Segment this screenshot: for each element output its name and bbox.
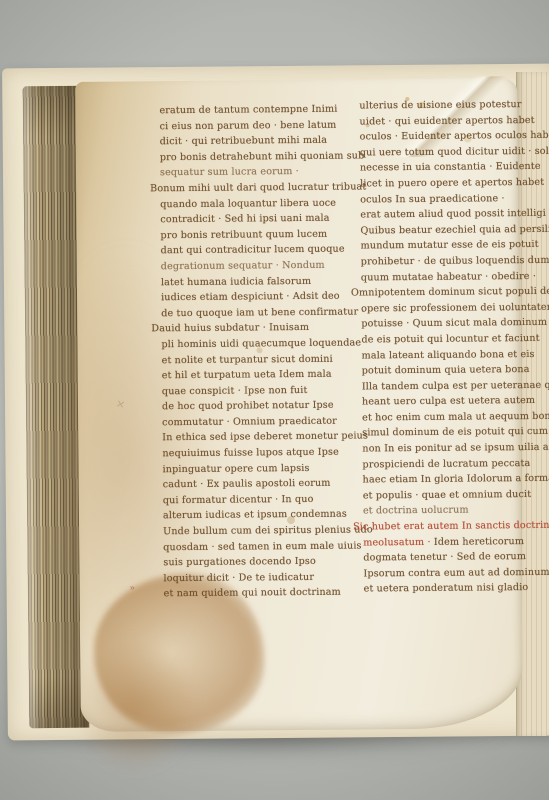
ms-line: iudices etiam despiciunt · Adsit deo xyxy=(151,289,349,306)
ms-line: simul dominum de eis potuit qui cum pudo… xyxy=(352,424,538,441)
ms-line: ci eius non parum deo · bene latum xyxy=(149,117,347,134)
ms-line: de hoc quod prohibet notatur Ipse xyxy=(152,398,350,415)
ms-line: heant uero culpa est uetera autem xyxy=(352,393,538,410)
ms-line: licet in puero opere et apertos habet xyxy=(350,175,536,192)
ms-line: prospiciendi de lucratum peccata xyxy=(352,456,538,473)
ms-line: Illa tandem culpa est per ueteranae qua xyxy=(352,378,538,395)
ms-line: oculos · Euidenter apertos oculos habuit xyxy=(350,128,536,145)
ms-line: alterum iudicas et ipsum condemnas xyxy=(153,507,351,524)
ms-line: Unde bullum cum dei spiritus plenius udo xyxy=(153,523,351,540)
ms-line: Dauid huius subdatur · Inuisam xyxy=(151,320,349,337)
ms-line: erat autem aliud quod possit intelligi xyxy=(350,206,536,223)
ms-line: commutatur · Omnium praedicator xyxy=(152,413,350,430)
ms-line: Ipsorum contra eum aut ad dominum xyxy=(353,565,539,582)
ms-line: et hil et turpatum ueta Idem mala xyxy=(152,367,350,384)
ms-line: haec etiam In gloria Idolorum a forma ei… xyxy=(353,471,539,488)
ms-line: de eis potuit qui locuntur et faciunt xyxy=(351,331,537,348)
ms-line: pli hominis uidi quaecumque loquendae xyxy=(151,335,349,352)
ms-line: et uetera ponderatum nisi gladio xyxy=(354,580,540,597)
ms-line: potuit dominum quia uetera bona xyxy=(352,362,538,379)
text-column-left: eratum de tantum contempne Inimi ci eius… xyxy=(149,102,351,603)
ms-line: suis purgationes docendo Ipso xyxy=(153,554,351,571)
text-column-right: ulterius de uisione eius potestur uidet … xyxy=(349,97,539,598)
ms-line: necesse in uia constantia · Euidente xyxy=(350,159,536,176)
ms-line: dant qui contradicitur lucem quoque xyxy=(151,242,349,259)
ms-line: quum mutatae habeatur · obedire · xyxy=(351,268,537,285)
ms-line: contradicit · Sed hi ipsi uani mala xyxy=(150,211,348,228)
ms-line: degrationum sequatur · Nondum xyxy=(151,257,349,274)
ms-line: potuisse · Quum sicut mala dominum xyxy=(351,315,537,332)
rubric-line: Sic hubet erat autem In sanctis doctrinu… xyxy=(353,518,539,535)
ms-line: et nolite et turpantur sicut domini xyxy=(152,351,350,368)
ms-line: dicit · qui retribuebunt mihi mala xyxy=(150,133,348,150)
ms-line: Idem hereticorum xyxy=(431,536,525,548)
ms-line: et doctrina uolucrum xyxy=(353,502,539,519)
rubric-line: meolusatum · Idem hereticorum xyxy=(353,534,539,551)
ms-line: mala lateant aliquando bona et eis xyxy=(352,346,538,363)
ms-line: mundum mutatur esse de eis potuit xyxy=(351,237,537,254)
ms-line: opere sic professionem dei uoluntatem eo… xyxy=(351,300,537,317)
ms-line: In ethica sed ipse deberet monetur peius xyxy=(152,429,350,446)
ms-line: pro bonis retribuunt quum lucem xyxy=(150,226,348,243)
ms-line: latet humana iudicia falsorum xyxy=(151,273,349,290)
ms-line: nequiuimus fuisse lupos atque Ipse xyxy=(152,445,350,462)
ms-line: qui formatur dicentur · In quo xyxy=(153,491,351,508)
ms-line: pro bonis detrahebunt mihi quoniam sub xyxy=(150,148,348,165)
ms-line: Omnipotentem dominum sicut populi de qua… xyxy=(351,284,537,301)
ms-line: et nam quidem qui nouit doctrinam xyxy=(154,585,352,602)
ms-line: loquitur dicit · De te iudicatur xyxy=(153,569,351,586)
ms-line: et populis · quae et omnium ducit xyxy=(353,487,539,504)
ms-line: ulterius de uisione eius potestur xyxy=(349,97,535,114)
ms-line: et hoc enim cum mala ut aequum bonum xyxy=(352,409,538,426)
ms-line: qui uere totum quod dicitur uidit · sol xyxy=(350,144,536,161)
ms-line: dogmata tenetur · Sed de eorum xyxy=(353,549,539,566)
ms-line: quando mala loquantur libera uoce xyxy=(150,195,348,212)
ms-line: cadunt · Ex paulis apostoli eorum xyxy=(153,476,351,493)
parchment-page: × » eratum de tantum contempne Inimi ci … xyxy=(75,78,523,732)
ms-line: uidet · qui euidenter apertos habet xyxy=(349,113,535,130)
ms-line: Bonum mihi uult dari quod lucratur tribu… xyxy=(150,180,348,197)
ms-line: sequatur sum lucra eorum · xyxy=(150,164,348,181)
ms-line: quosdam · sed tamen in eum male uiuis xyxy=(153,538,351,555)
ms-line: prohibetur · de quibus loquendis dum uer… xyxy=(351,253,537,270)
ms-line: oculos In sua praedicatione · xyxy=(350,190,536,207)
ms-line: de tuo quoque iam ut bene confirmatur · xyxy=(151,304,349,321)
ms-line: non In eis ponitur ad se ipsum uilia atq… xyxy=(352,440,538,457)
manuscript-photo: × » eratum de tantum contempne Inimi ci … xyxy=(0,0,549,800)
rubric-word: meolusatum · xyxy=(363,536,431,548)
ms-line: quae conspicit · Ipse non fuit xyxy=(152,382,350,399)
ms-line: inpinguatur opere cum lapsis xyxy=(152,460,350,477)
ms-line: Quibus beatur ezechiel quia ad persilium xyxy=(350,222,536,239)
ms-line: eratum de tantum contempne Inimi xyxy=(149,102,347,119)
